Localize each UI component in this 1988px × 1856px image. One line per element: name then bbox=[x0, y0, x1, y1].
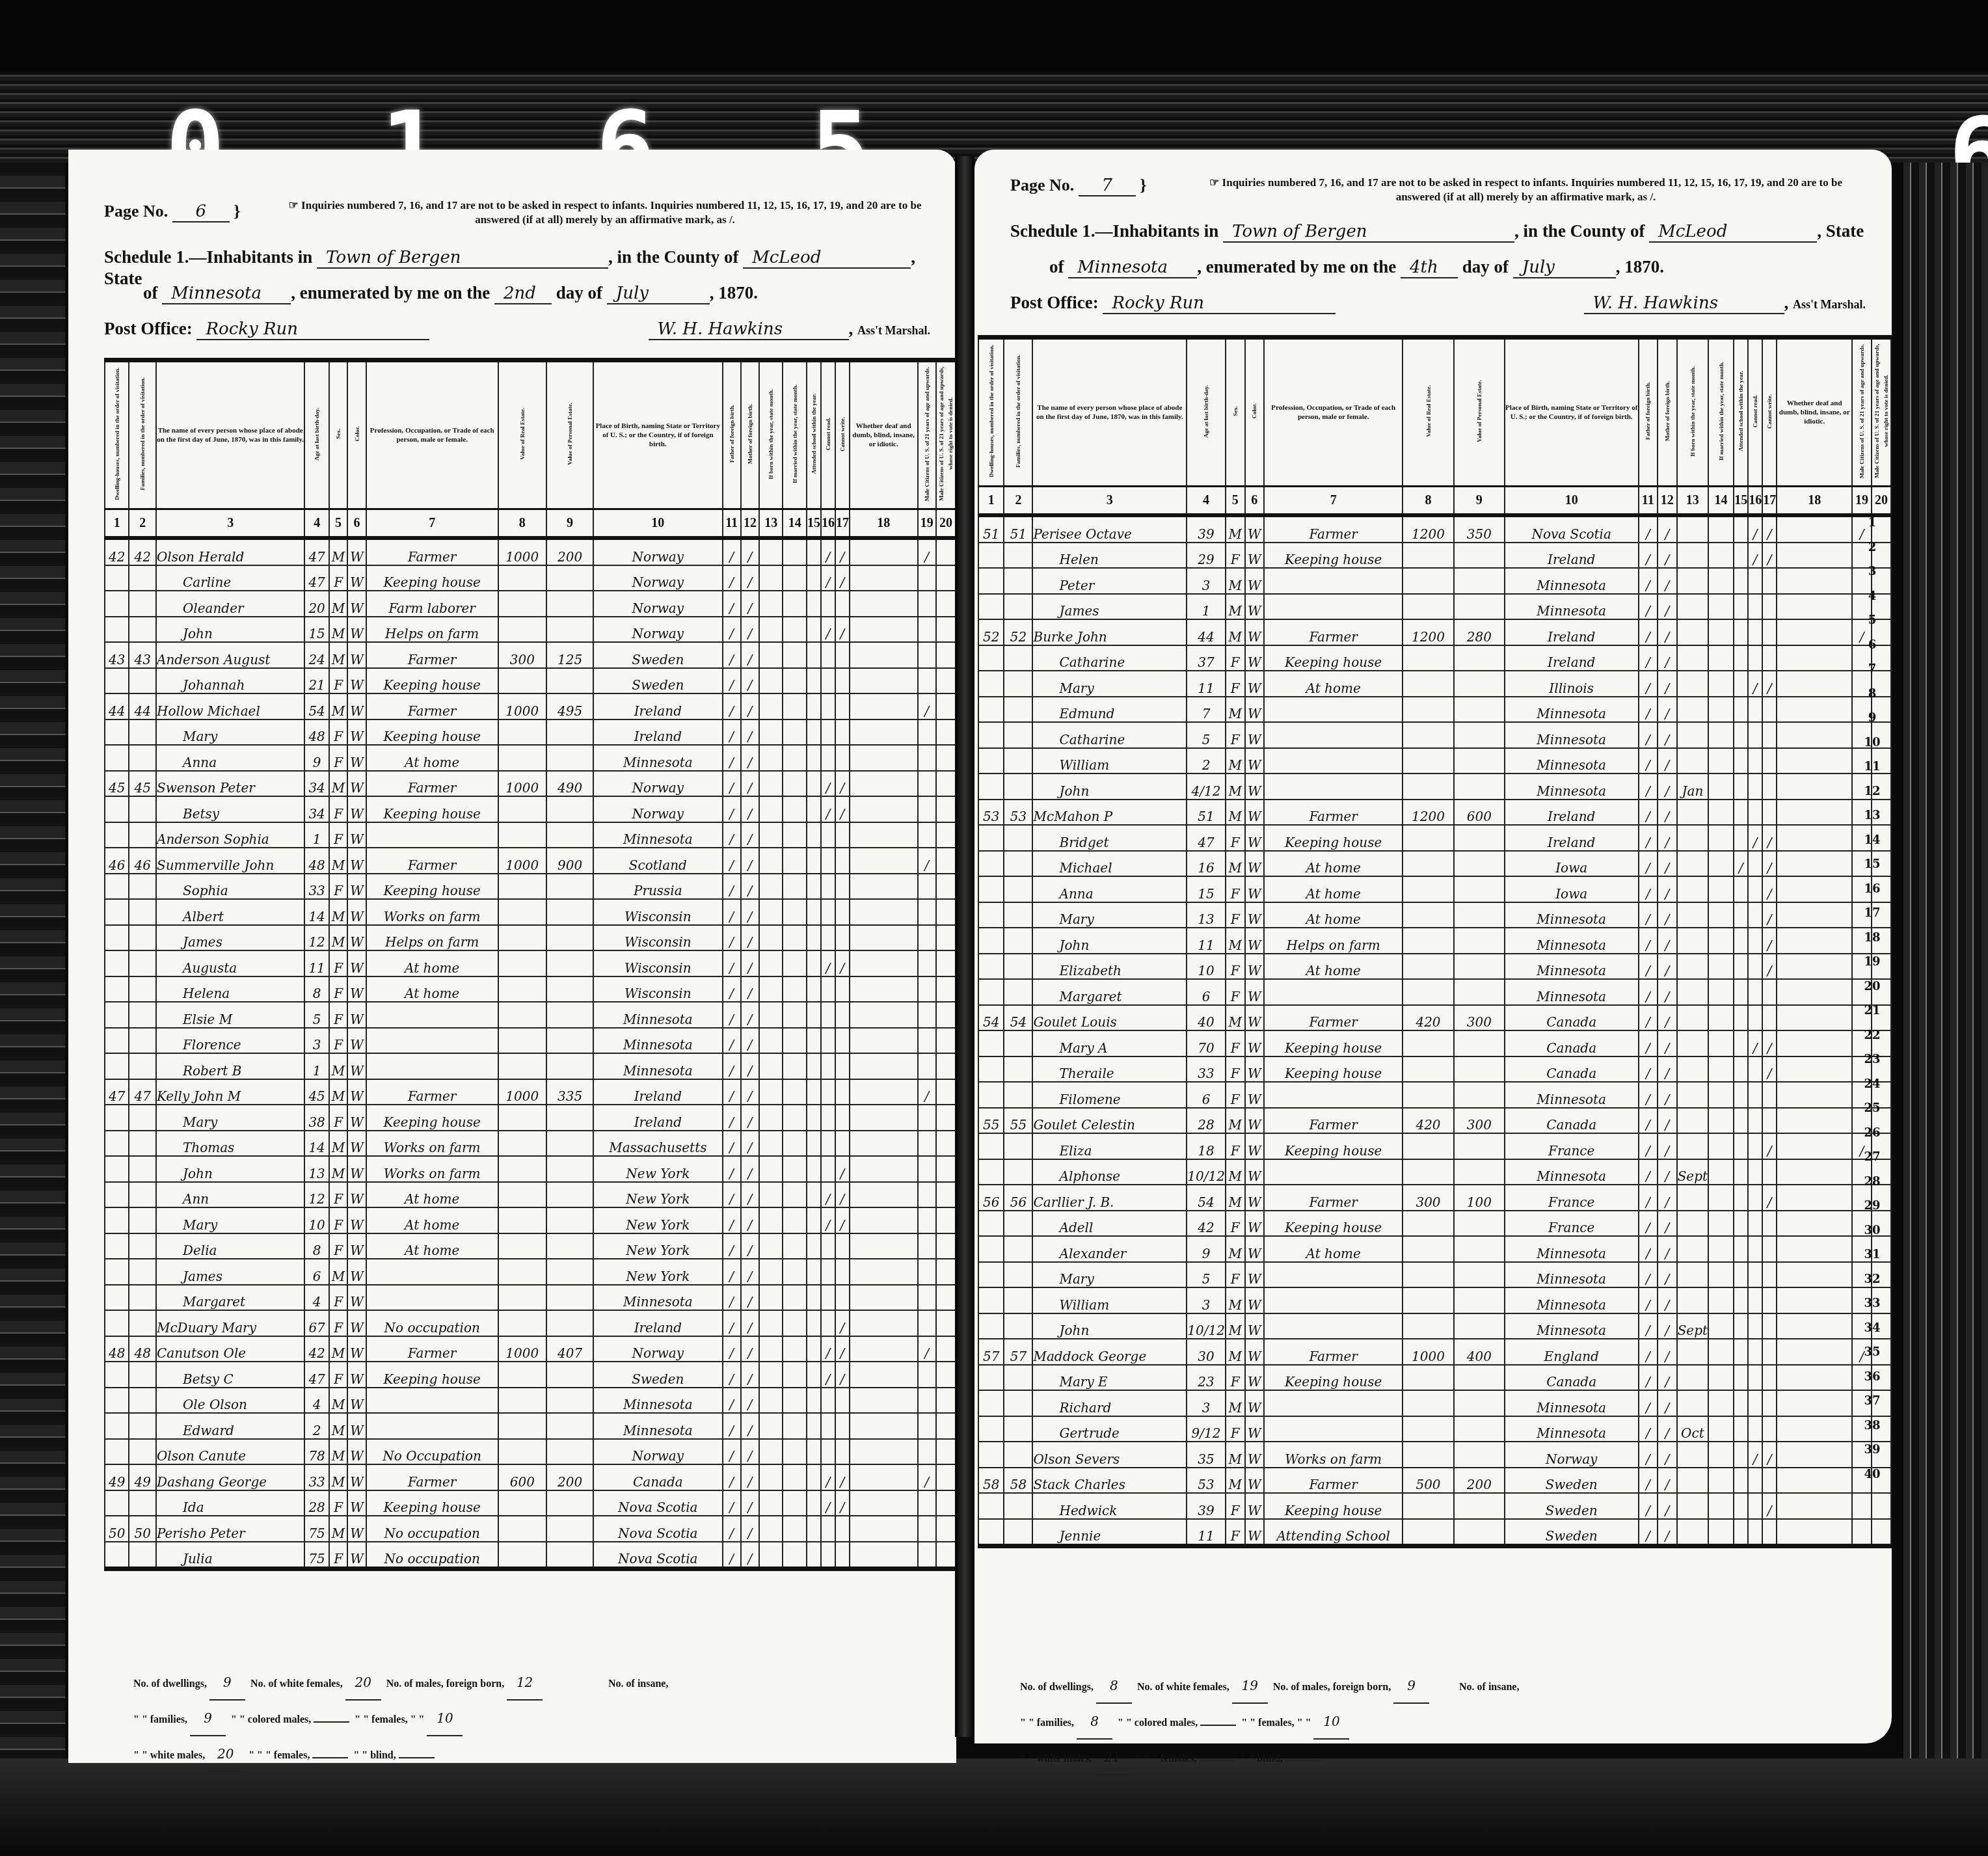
attended-school bbox=[1734, 1005, 1748, 1031]
color: W bbox=[347, 1131, 366, 1157]
person-name: Sophia bbox=[156, 874, 304, 900]
disability bbox=[1777, 568, 1852, 594]
born-within-year bbox=[759, 1516, 783, 1542]
age: 37 bbox=[1187, 645, 1226, 671]
dwelling-number bbox=[978, 954, 1004, 980]
occupation: At home bbox=[1264, 1236, 1403, 1262]
father-foreign-born: / bbox=[1639, 671, 1658, 697]
occupation bbox=[366, 1053, 498, 1079]
disability bbox=[850, 1464, 918, 1490]
vote-denied bbox=[936, 899, 956, 925]
birthplace: Canada bbox=[593, 1464, 722, 1490]
married-within-year bbox=[1708, 515, 1734, 543]
mother-foreign-born: / bbox=[1658, 1236, 1677, 1262]
father-foreign-born: / bbox=[723, 1439, 741, 1465]
birthplace: New York bbox=[593, 1259, 722, 1285]
person-name: John bbox=[1032, 928, 1187, 954]
vote-denied bbox=[936, 565, 956, 591]
person-name: Helen bbox=[1032, 543, 1187, 569]
sex: F bbox=[329, 1285, 347, 1311]
disability bbox=[1777, 1056, 1852, 1083]
born-within-year bbox=[1677, 697, 1708, 723]
column-header-2: Families, numbered in the order of visit… bbox=[1004, 338, 1032, 487]
attended-school bbox=[1734, 1493, 1748, 1519]
dwelling-number bbox=[978, 568, 1004, 594]
married-within-year bbox=[783, 925, 806, 951]
personal-estate-value: 200 bbox=[546, 1464, 593, 1490]
dwelling-number bbox=[105, 1439, 129, 1465]
mother-foreign-born: / bbox=[1658, 800, 1677, 826]
cannot-read bbox=[1748, 1365, 1762, 1391]
color: W bbox=[1245, 1493, 1265, 1519]
born-within-year bbox=[759, 1362, 783, 1388]
column-header-9: Value of Personal Estate. bbox=[546, 360, 593, 509]
table-row: Oleander20MWFarm laborerNorway// bbox=[105, 591, 956, 617]
married-within-year bbox=[1708, 928, 1734, 954]
mother-foreign-born: / bbox=[1658, 954, 1677, 980]
table-row: 4545Swenson Peter34MWFarmer1000490Norway… bbox=[105, 771, 956, 797]
occupation: Farmer bbox=[1264, 1468, 1403, 1494]
table-row: Edmund7MWMinnesota// bbox=[978, 697, 1891, 723]
column-number: 2 bbox=[129, 509, 155, 539]
dwelling-number bbox=[105, 1542, 129, 1569]
attended-school bbox=[807, 1464, 821, 1490]
person-name: Hollow Michael bbox=[156, 693, 304, 720]
birthplace: Minnesota bbox=[1505, 1390, 1639, 1416]
father-foreign-born: / bbox=[723, 796, 741, 822]
cannot-write bbox=[835, 1028, 850, 1054]
row-number: 1 bbox=[1859, 511, 1885, 535]
real-estate-value bbox=[498, 745, 547, 771]
person-name: McDuary Mary bbox=[156, 1310, 304, 1336]
column-number: 17 bbox=[1762, 487, 1777, 516]
mother-foreign-born: / bbox=[741, 1182, 759, 1208]
vote-denied bbox=[936, 1464, 956, 1490]
married-within-year bbox=[1708, 1082, 1734, 1108]
born-within-year bbox=[759, 1028, 783, 1054]
person-name: Alexander bbox=[1032, 1236, 1187, 1262]
birthplace: Minnesota bbox=[1505, 568, 1639, 594]
row-number: 37 bbox=[1859, 1389, 1885, 1414]
row-number: 13 bbox=[1859, 803, 1885, 828]
real-estate-value bbox=[1403, 1416, 1454, 1442]
row-number: 7 bbox=[1859, 657, 1885, 682]
birthplace: New York bbox=[593, 1182, 722, 1208]
cannot-write: / bbox=[835, 1156, 850, 1182]
disability bbox=[850, 925, 918, 951]
real-estate-value bbox=[1403, 1365, 1454, 1391]
age: 11 bbox=[304, 950, 329, 976]
color: W bbox=[347, 1002, 366, 1028]
attended-school bbox=[807, 848, 821, 874]
attended-school bbox=[1734, 876, 1748, 902]
cannot-write bbox=[835, 1131, 850, 1157]
family-number bbox=[1004, 1082, 1032, 1108]
age: 4/12 bbox=[1187, 773, 1226, 800]
born-within-year bbox=[759, 1156, 783, 1182]
attended-school bbox=[807, 950, 821, 976]
male-citizen-21 bbox=[918, 591, 936, 617]
mother-foreign-born: / bbox=[741, 642, 759, 668]
dwelling-number bbox=[105, 1233, 129, 1259]
marshal-signature: W. H. Hawkins, Ass't Marshal. bbox=[649, 319, 931, 340]
color: W bbox=[347, 1413, 366, 1439]
column-header-4: Age at last birth-day. bbox=[304, 360, 329, 509]
born-within-year bbox=[1677, 1468, 1708, 1494]
person-name: Edward bbox=[156, 1413, 304, 1439]
color: W bbox=[347, 565, 366, 591]
sex: F bbox=[1226, 1082, 1245, 1108]
occupation: At home bbox=[366, 1233, 498, 1259]
married-within-year bbox=[783, 565, 806, 591]
person-name: Margaret bbox=[1032, 979, 1187, 1005]
father-foreign-born: / bbox=[1639, 773, 1658, 800]
born-within-year bbox=[759, 1002, 783, 1028]
father-foreign-born: / bbox=[723, 1388, 741, 1414]
age: 15 bbox=[304, 617, 329, 643]
father-foreign-born: / bbox=[723, 1464, 741, 1490]
dwelling-number bbox=[978, 1365, 1004, 1391]
born-within-year bbox=[1677, 1133, 1708, 1159]
disability bbox=[1777, 1390, 1852, 1416]
cannot-read bbox=[821, 1053, 835, 1079]
mother-foreign-born: / bbox=[1658, 543, 1677, 569]
person-name: Elizabeth bbox=[1032, 954, 1187, 980]
film-right-edge bbox=[1903, 163, 1988, 1763]
father-foreign-born: / bbox=[723, 1207, 741, 1233]
table-row: Richard3MWMinnesota// bbox=[978, 1390, 1891, 1416]
person-name: Catharine bbox=[1032, 722, 1187, 748]
white-males-count: 20 bbox=[208, 1737, 243, 1772]
sex: F bbox=[1226, 902, 1245, 928]
age: 34 bbox=[304, 771, 329, 797]
birthplace: Minnesota bbox=[1505, 722, 1639, 748]
attended-school bbox=[1734, 1365, 1748, 1391]
row-number: 29 bbox=[1859, 1194, 1885, 1218]
dwelling-number: 57 bbox=[978, 1339, 1004, 1365]
male-citizen-21 bbox=[1852, 1493, 1872, 1519]
marshal-name: W. H. Hawkins bbox=[1584, 293, 1784, 314]
person-name: Albert bbox=[156, 899, 304, 925]
column-header-19: Male Citizens of U. S. of 21 years of ag… bbox=[918, 360, 936, 509]
born-within-year bbox=[759, 1439, 783, 1465]
person-name: Mary bbox=[1032, 902, 1187, 928]
person-name: Delia bbox=[156, 1233, 304, 1259]
attended-school bbox=[807, 1207, 821, 1233]
age: 51 bbox=[1187, 800, 1226, 826]
column-number: 1 bbox=[105, 509, 129, 539]
family-number bbox=[1004, 825, 1032, 851]
row-number: 35 bbox=[1859, 1340, 1885, 1365]
table-row: 4444Hollow Michael54MWFarmer1000495Irela… bbox=[105, 693, 956, 720]
personal-estate-value: 407 bbox=[546, 1336, 593, 1362]
person-name: Kelly John M bbox=[156, 1079, 304, 1105]
sex: M bbox=[329, 617, 347, 643]
born-within-year bbox=[759, 693, 783, 720]
age: 3 bbox=[1187, 568, 1226, 594]
age: 12 bbox=[304, 925, 329, 951]
dwelling-number bbox=[105, 1413, 129, 1439]
colored-females-count bbox=[312, 1757, 348, 1758]
row-number: 34 bbox=[1859, 1316, 1885, 1341]
personal-estate-value bbox=[1454, 1133, 1505, 1159]
real-estate-value bbox=[1403, 1211, 1454, 1237]
married-within-year bbox=[1708, 568, 1734, 594]
age: 44 bbox=[1187, 619, 1226, 645]
row-number: 19 bbox=[1859, 950, 1885, 975]
person-name: Swenson Peter bbox=[156, 771, 304, 797]
attended-school bbox=[807, 899, 821, 925]
birthplace: Norway bbox=[1505, 1442, 1639, 1468]
cannot-read bbox=[1748, 954, 1762, 980]
table-row: Elizabeth10FWAt homeMinnesota/// bbox=[978, 954, 1891, 980]
column-number: 1 bbox=[978, 487, 1004, 516]
occupation: Keeping house bbox=[1264, 1056, 1403, 1083]
born-within-year bbox=[1677, 800, 1708, 826]
married-within-year bbox=[783, 822, 806, 848]
real-estate-value bbox=[498, 617, 547, 643]
family-number bbox=[1004, 851, 1032, 877]
column-number: 15 bbox=[1734, 487, 1748, 516]
summary-label: " " females, " " bbox=[1241, 1717, 1311, 1728]
mother-foreign-born: / bbox=[741, 1516, 759, 1542]
family-number: 42 bbox=[129, 538, 155, 565]
family-number bbox=[129, 1105, 155, 1131]
column-header-16: Cannot read. bbox=[1748, 338, 1762, 487]
father-foreign-born: / bbox=[1639, 1056, 1658, 1083]
occupation: Farmer bbox=[366, 1336, 498, 1362]
cannot-write bbox=[835, 1439, 850, 1465]
disability bbox=[1777, 1468, 1852, 1494]
color: W bbox=[347, 1156, 366, 1182]
column-header-20: Male Citizens of U. S. of 21 years of ag… bbox=[1872, 338, 1891, 487]
father-foreign-born: / bbox=[723, 591, 741, 617]
born-within-year bbox=[1677, 1185, 1708, 1211]
male-citizen-21 bbox=[918, 617, 936, 643]
attended-school bbox=[807, 874, 821, 900]
cannot-read: / bbox=[821, 1362, 835, 1388]
married-within-year bbox=[1708, 1339, 1734, 1365]
cannot-write bbox=[1762, 697, 1777, 723]
married-within-year bbox=[1708, 1185, 1734, 1211]
father-foreign-born: / bbox=[1639, 1468, 1658, 1494]
dwelling-number bbox=[105, 1131, 129, 1157]
column-number: 11 bbox=[723, 509, 741, 539]
married-within-year bbox=[783, 950, 806, 976]
dwelling-number: 56 bbox=[978, 1185, 1004, 1211]
table-row: 5555Goulet Celestin28MWFarmer420300Canad… bbox=[978, 1108, 1891, 1134]
personal-estate-value bbox=[546, 1439, 593, 1465]
father-foreign-born: / bbox=[723, 1413, 741, 1439]
sex: F bbox=[1226, 645, 1245, 671]
attended-school bbox=[1734, 619, 1748, 645]
microfilm-bottom-band bbox=[0, 1758, 1988, 1856]
personal-estate-value bbox=[1454, 1211, 1505, 1237]
vote-denied bbox=[936, 822, 956, 848]
born-within-year bbox=[1677, 748, 1708, 774]
cannot-read: / bbox=[821, 1490, 835, 1516]
county-value: McLeod bbox=[743, 248, 911, 269]
dwelling-number bbox=[978, 902, 1004, 928]
father-foreign-born: / bbox=[723, 565, 741, 591]
disability bbox=[850, 1516, 918, 1542]
personal-estate-value: 280 bbox=[1454, 619, 1505, 645]
father-foreign-born: / bbox=[723, 668, 741, 694]
occupation bbox=[366, 1388, 498, 1414]
cannot-write: / bbox=[835, 796, 850, 822]
married-within-year bbox=[783, 720, 806, 746]
age: 14 bbox=[304, 1131, 329, 1157]
personal-estate-value bbox=[1454, 954, 1505, 980]
real-estate-value bbox=[1403, 1030, 1454, 1056]
age: 9 bbox=[1187, 1236, 1226, 1262]
family-number bbox=[129, 950, 155, 976]
born-within-year bbox=[1677, 1030, 1708, 1056]
person-name: Stack Charles bbox=[1032, 1468, 1187, 1494]
vote-denied bbox=[936, 1053, 956, 1079]
father-foreign-born: / bbox=[1639, 645, 1658, 671]
column-header-2: Families, numbered in the order of visit… bbox=[129, 360, 155, 509]
male-citizen-21 bbox=[918, 1105, 936, 1131]
age: 3 bbox=[304, 1028, 329, 1054]
age: 39 bbox=[1187, 515, 1226, 543]
male-citizen-21 bbox=[918, 1362, 936, 1388]
born-within-year bbox=[759, 976, 783, 1002]
father-foreign-born: / bbox=[723, 925, 741, 951]
father-foreign-born: / bbox=[723, 642, 741, 668]
person-name: Goulet Louis bbox=[1032, 1005, 1187, 1031]
column-number: 14 bbox=[1708, 487, 1734, 516]
disability bbox=[850, 1105, 918, 1131]
age: 4 bbox=[304, 1285, 329, 1311]
real-estate-value bbox=[498, 950, 547, 976]
male-citizen-21 bbox=[918, 745, 936, 771]
person-name: James bbox=[1032, 594, 1187, 620]
personal-estate-value bbox=[546, 874, 593, 900]
birthplace: Canada bbox=[1505, 1365, 1639, 1391]
father-foreign-born: / bbox=[1639, 1108, 1658, 1134]
personal-estate-value bbox=[1454, 645, 1505, 671]
vote-denied bbox=[936, 1105, 956, 1131]
family-number bbox=[1004, 1262, 1032, 1288]
cannot-write bbox=[1762, 1390, 1777, 1416]
age: 18 bbox=[1187, 1133, 1226, 1159]
color: W bbox=[347, 617, 366, 643]
summary-label: " " " females, bbox=[1135, 1753, 1196, 1764]
mother-foreign-born: / bbox=[741, 617, 759, 643]
summary-label: " " white males, bbox=[1020, 1753, 1092, 1764]
column-number: 4 bbox=[1187, 487, 1226, 516]
cannot-read bbox=[821, 1002, 835, 1028]
cannot-write: / bbox=[1762, 1185, 1777, 1211]
married-within-year bbox=[783, 1233, 806, 1259]
real-estate-value bbox=[498, 565, 547, 591]
mother-foreign-born: / bbox=[741, 1079, 759, 1105]
sex: F bbox=[329, 950, 347, 976]
dwelling-number bbox=[105, 796, 129, 822]
mother-foreign-born: / bbox=[741, 1053, 759, 1079]
row-number: 14 bbox=[1859, 828, 1885, 853]
mother-foreign-born: / bbox=[741, 976, 759, 1002]
cannot-write: / bbox=[835, 1182, 850, 1208]
family-number bbox=[129, 1490, 155, 1516]
sex: M bbox=[329, 1516, 347, 1542]
married-within-year bbox=[1708, 773, 1734, 800]
age: 33 bbox=[304, 874, 329, 900]
father-foreign-born: / bbox=[723, 1182, 741, 1208]
family-number: 52 bbox=[1004, 619, 1032, 645]
attended-school bbox=[807, 1079, 821, 1105]
birthplace: Ireland bbox=[593, 1079, 722, 1105]
married-within-year bbox=[1708, 954, 1734, 980]
cannot-read bbox=[821, 1105, 835, 1131]
column-number: 15 bbox=[807, 509, 821, 539]
dwelling-number bbox=[978, 1519, 1004, 1546]
column-header-3: The name of every person whose place of … bbox=[1032, 338, 1187, 487]
dwelling-number bbox=[978, 543, 1004, 569]
real-estate-value: 300 bbox=[1403, 1185, 1454, 1211]
disability bbox=[850, 796, 918, 822]
cannot-write bbox=[1762, 1519, 1777, 1546]
personal-estate-value bbox=[1454, 1159, 1505, 1185]
male-citizen-21 bbox=[918, 1516, 936, 1542]
color: W bbox=[1245, 619, 1265, 645]
table-row: William3MWMinnesota// bbox=[978, 1287, 1891, 1313]
male-citizen-21 bbox=[918, 1413, 936, 1439]
cannot-read bbox=[1748, 851, 1762, 877]
personal-estate-value bbox=[1454, 876, 1505, 902]
birthplace: Minnesota bbox=[593, 1028, 722, 1054]
dwelling-number: 47 bbox=[105, 1079, 129, 1105]
mother-foreign-born: / bbox=[1658, 594, 1677, 620]
disability bbox=[1777, 773, 1852, 800]
column-number: 8 bbox=[498, 509, 547, 539]
personal-estate-value bbox=[1454, 1365, 1505, 1391]
disability bbox=[1777, 1030, 1852, 1056]
attended-school bbox=[807, 1002, 821, 1028]
birthplace: Norway bbox=[593, 565, 722, 591]
dwelling-number bbox=[105, 976, 129, 1002]
census-page-left: Page No. 6 } ☞ Inquiries numbered 7, 16,… bbox=[68, 150, 956, 1763]
sex: M bbox=[329, 925, 347, 951]
column-number: 12 bbox=[1658, 487, 1677, 516]
occupation: Farmer bbox=[1264, 515, 1403, 543]
personal-estate-value bbox=[546, 1413, 593, 1439]
table-row: 5858Stack Charles53MWFarmer500200Sweden/… bbox=[978, 1468, 1891, 1494]
married-within-year bbox=[783, 1105, 806, 1131]
disability bbox=[850, 1131, 918, 1157]
birthplace: France bbox=[1505, 1185, 1639, 1211]
personal-estate-value bbox=[1454, 851, 1505, 877]
person-name: Peter bbox=[1032, 568, 1187, 594]
age: 9 bbox=[304, 745, 329, 771]
color: W bbox=[347, 874, 366, 900]
dwelling-number bbox=[105, 1053, 129, 1079]
father-foreign-born: / bbox=[1639, 748, 1658, 774]
vote-denied bbox=[936, 925, 956, 951]
personal-estate-value: 495 bbox=[546, 693, 593, 720]
cannot-write bbox=[835, 642, 850, 668]
insane-count-label: No. of insane, bbox=[1459, 1682, 1519, 1693]
mother-foreign-born: / bbox=[1658, 825, 1677, 851]
table-row: Michael16MWAt homeIowa//// bbox=[978, 851, 1891, 877]
occupation: Farmer bbox=[366, 1464, 498, 1490]
real-estate-value bbox=[498, 1182, 547, 1208]
male-citizen-21 bbox=[918, 899, 936, 925]
row-number: 21 bbox=[1859, 999, 1885, 1023]
personal-estate-value: 335 bbox=[546, 1079, 593, 1105]
father-foreign-born: / bbox=[723, 1285, 741, 1311]
